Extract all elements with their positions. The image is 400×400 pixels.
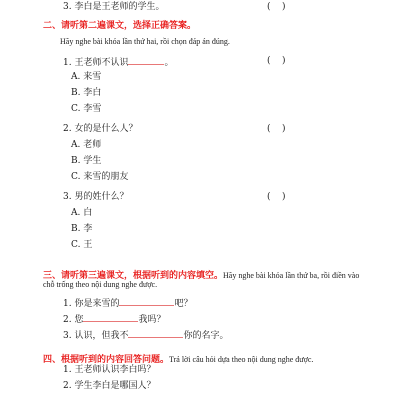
option-text: 学生 xyxy=(83,156,101,166)
s3-item-2: 2. 您我吗？ xyxy=(63,312,166,326)
option-text: 李雪 xyxy=(83,104,101,114)
option-a[interactable]: A. 白 xyxy=(71,207,92,219)
s3-item-1: 1. 你是来雪的吧？ xyxy=(63,296,193,310)
option-text: 老师 xyxy=(83,140,101,150)
option-label: A. xyxy=(71,72,80,82)
section-3-instruction-line1: Hãy nghe bài khóa lần thứ ba, rồi điền v… xyxy=(223,271,359,280)
item-after: 你的名字。 xyxy=(183,331,228,341)
option-text: 来雪的朋友 xyxy=(83,172,128,182)
item-after: 我吗？ xyxy=(138,315,165,325)
option-text: 王 xyxy=(83,240,92,250)
item-text: 学生李白是哪国人？ xyxy=(74,381,155,391)
question-number: 3. xyxy=(63,192,72,202)
fill-blank[interactable] xyxy=(119,296,174,306)
item-number: 2. xyxy=(63,315,72,325)
option-text: 李白 xyxy=(83,88,101,98)
option-text: 李 xyxy=(83,224,92,234)
option-label: B. xyxy=(71,224,80,234)
item-number: 1. xyxy=(63,365,72,375)
s2-question-1: 1. 王老师不认识。 xyxy=(63,55,174,69)
s2-question-2: 2. 女的是什么人？ xyxy=(63,123,137,135)
question-number: 1. xyxy=(63,58,72,68)
item-number: 1. xyxy=(63,299,72,309)
s2-question-3: 3. 男的姓什么？ xyxy=(63,191,128,203)
section-3-instruction-line2: chỗ trống theo nội dung nghe được. xyxy=(43,279,157,291)
answer-box[interactable]: ( ) xyxy=(267,123,285,135)
option-label: C. xyxy=(71,240,80,250)
option-b[interactable]: B. 李 xyxy=(71,223,92,235)
option-label: B. xyxy=(71,88,80,98)
question-number: 2. xyxy=(63,124,72,134)
section-2-instruction: Hãy nghe bài khóa lần thứ hai, rồi chọn … xyxy=(60,36,230,48)
s1-question-3: 3. 李白是王老师的学生。 xyxy=(63,1,164,13)
s4-item-1: 1. 王老师认识李白吗？ xyxy=(63,364,155,376)
option-label: C. xyxy=(71,172,80,182)
option-b[interactable]: B. 学生 xyxy=(71,155,101,167)
item-before: 你是来雪的 xyxy=(74,299,119,309)
option-a[interactable]: A. 来雪 xyxy=(71,71,101,83)
question-text: 女的是什么人？ xyxy=(74,124,137,134)
option-c[interactable]: C. 李雪 xyxy=(71,103,101,115)
option-label: A. xyxy=(71,208,80,218)
fill-blank[interactable] xyxy=(128,55,164,65)
question-text-before: 王老师不认识 xyxy=(74,58,128,68)
option-label: B. xyxy=(71,156,80,166)
option-label: A. xyxy=(71,140,80,150)
option-a[interactable]: A. 老师 xyxy=(71,139,101,151)
section-4-instruction: Trả lời câu hỏi dựa theo nội dung nghe đ… xyxy=(169,355,313,364)
option-text: 白 xyxy=(83,208,92,218)
option-c[interactable]: C. 王 xyxy=(71,239,92,251)
option-c[interactable]: C. 来雪的朋友 xyxy=(71,171,128,183)
answer-box[interactable]: ( ) xyxy=(267,55,285,67)
option-b[interactable]: B. 李白 xyxy=(71,87,101,99)
answer-box[interactable]: ( ) xyxy=(267,191,285,203)
item-number: 3. xyxy=(63,331,72,341)
fill-blank[interactable] xyxy=(128,328,183,338)
question-text: 男的姓什么？ xyxy=(74,192,128,202)
answer-box[interactable]: ( ) xyxy=(267,1,285,13)
fill-blank[interactable] xyxy=(83,312,138,322)
s3-item-3: 3. 认识，但我不你的名字。 xyxy=(63,328,229,342)
option-label: C. xyxy=(71,104,80,114)
item-text: 王老师认识李白吗？ xyxy=(74,365,155,375)
question-text: 李白是王老师的学生。 xyxy=(74,2,164,12)
question-text-after: 。 xyxy=(164,58,173,68)
option-text: 来雪 xyxy=(83,72,101,82)
item-number: 2. xyxy=(63,381,72,391)
s4-item-2: 2. 学生李白是哪国人？ xyxy=(63,380,155,392)
item-after: 吧？ xyxy=(174,299,192,309)
section-2-title: 二、请听第二遍课文，选择正确答案。 xyxy=(43,20,196,32)
item-before: 认识，但我不 xyxy=(74,331,128,341)
question-number: 3. xyxy=(63,2,72,12)
item-before: 您 xyxy=(74,315,83,325)
